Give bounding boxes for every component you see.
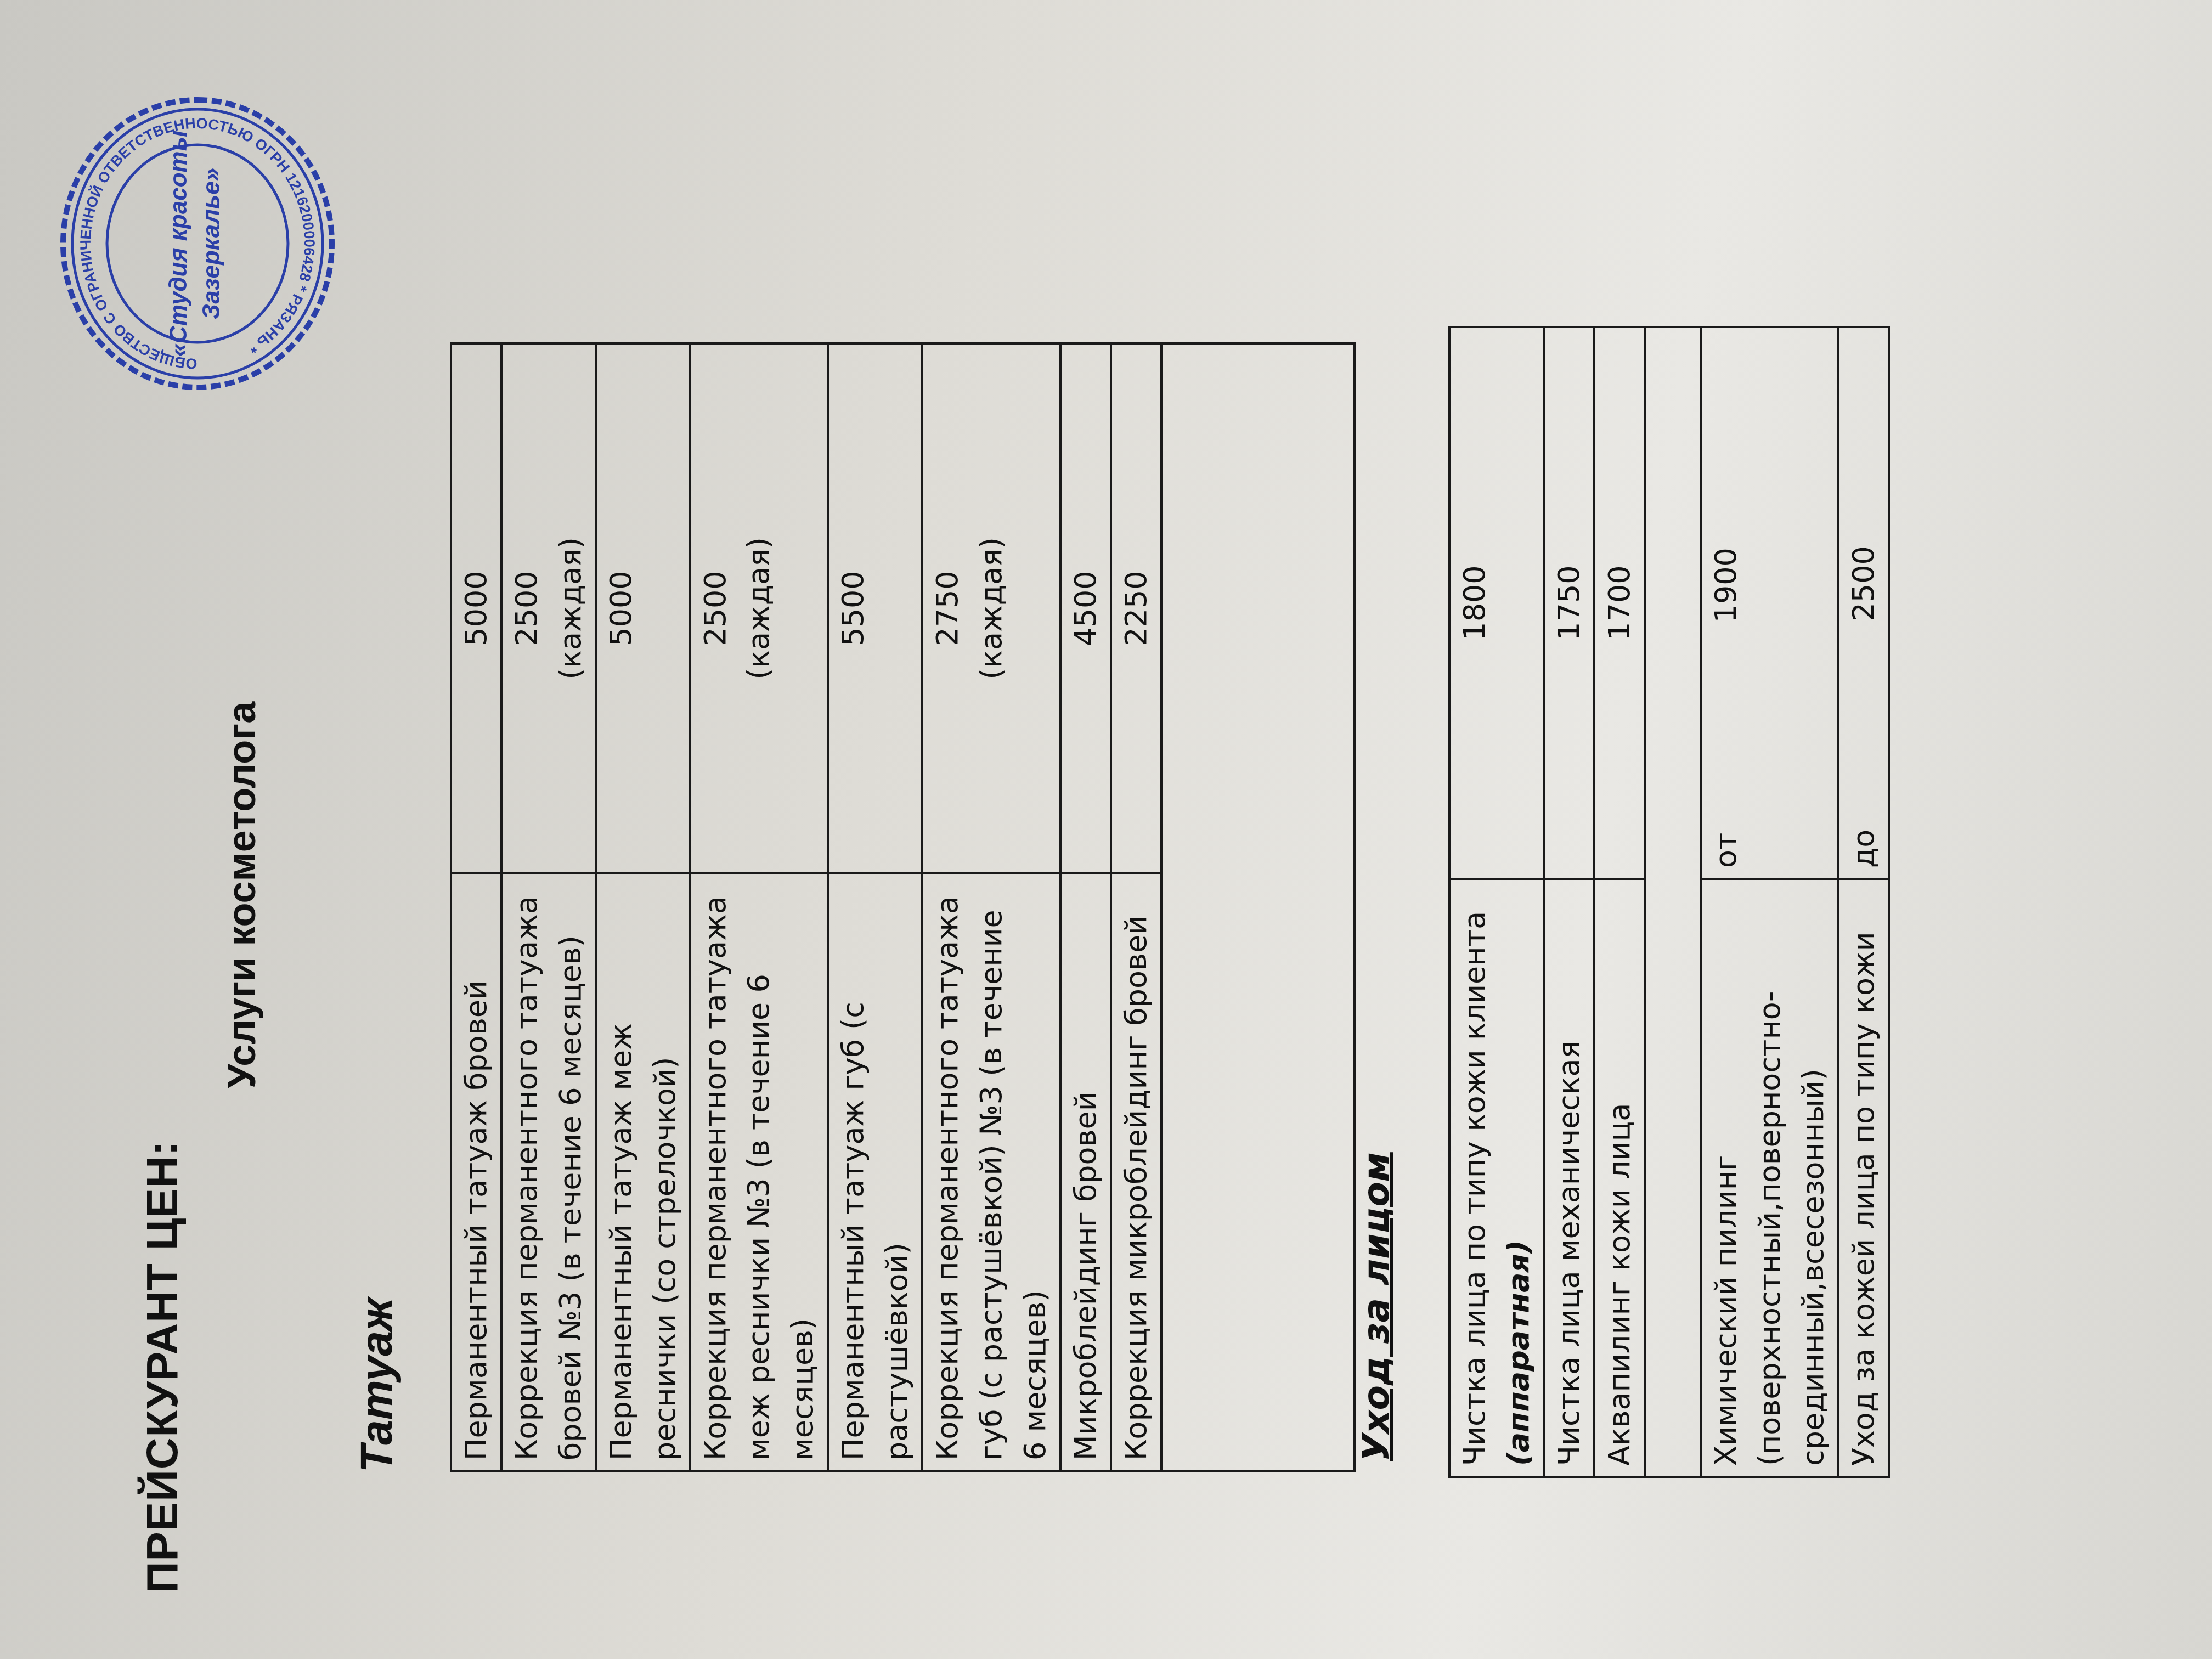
company-stamp: ОБЩЕСТВО С ОГРАНИЧЕННОЙ ОТВЕТСТВЕННОСТЬЮ… (55, 90, 340, 397)
service-name: Перманентный татуаж губ (с растушёвкой) (828, 873, 922, 1471)
price-list-document: ПРЕЙСКУРАНТ ЦЕН: Услуги косметолога ОБЩЕ… (0, 0, 2212, 1659)
section-heading-tattoo: Татуаж (351, 1298, 403, 1472)
service-name: Коррекция микроблейдинг бровей (1111, 873, 1161, 1471)
service-price: 5000 (596, 343, 690, 873)
table-row: Микроблейдинг бровей 4500 (1060, 343, 1111, 1471)
svg-text:Зазеркалье»: Зазеркалье» (198, 168, 225, 319)
svg-text:«Студия красоты: «Студия красоты (165, 131, 192, 357)
service-price: 2750(каждая) (922, 343, 1060, 873)
face-care-price-table: Чистка лица по типу кожи клиента (аппара… (1448, 326, 1890, 1478)
service-name: Коррекция перманентного татуажа губ (с р… (922, 873, 1060, 1471)
service-price: 5000 (451, 343, 501, 873)
tattoo-price-table: Перманентный татуаж бровей 5000 Коррекци… (450, 342, 1356, 1472)
service-price: 5500 (828, 343, 922, 873)
service-name-emphasis: (аппаратная) (1501, 1240, 1536, 1466)
table-row-empty (1161, 343, 1355, 1471)
service-name: Чистка лица по типу кожи клиента (аппара… (1449, 879, 1544, 1477)
price-prefix: до (1842, 830, 1886, 868)
service-name: Чистка лица механическая (1544, 879, 1594, 1477)
table-row: Коррекция перманентного татуажа меж ресн… (690, 343, 828, 1471)
service-name: Аквапилинг кожи лица (1594, 879, 1645, 1477)
table-row: Аквапилинг кожи лица 1700 (1594, 327, 1645, 1477)
price-note: (каждая) (549, 354, 592, 862)
table-row: Перманентный татуаж губ (с растушёвкой) … (828, 343, 922, 1471)
price-prefix: от (1704, 833, 1748, 868)
table-row-empty (1645, 327, 1701, 1477)
service-name: Коррекция перманентного татуажа меж ресн… (690, 873, 828, 1471)
document-subtitle: Услуги косметолога (219, 702, 264, 1088)
service-price: 2250 (1111, 343, 1161, 873)
service-price: 1750 (1544, 327, 1594, 879)
service-name: Перманентный татуаж бровей (451, 873, 501, 1471)
table-row: Перманентный татуаж бровей 5000 (451, 343, 501, 1471)
section-heading-face-care: Уход за лицом (1355, 1152, 1397, 1462)
service-price: 1700 (1594, 327, 1645, 879)
service-name: Микроблейдинг бровей (1060, 873, 1111, 1471)
table-row: Чистка лица по типу кожи клиента (аппара… (1449, 327, 1544, 1477)
table-row: Химический пилинг (поверхностный,поверно… (1701, 327, 1839, 1477)
table-row: Коррекция перманентного татуажа губ (с р… (922, 343, 1060, 1471)
document-title: ПРЕЙСКУРАНТ ЦЕН: (137, 1141, 188, 1593)
table-row: Перманентный татуаж меж реснички (со стр… (596, 343, 690, 1471)
service-price: 1800 (1449, 327, 1544, 879)
service-name: Уход за кожей лица по типу кожи (1838, 879, 1889, 1477)
table-row: Чистка лица механическая 1750 (1544, 327, 1594, 1477)
svg-text:ОБЩЕСТВО С ОГРАНИЧЕННОЙ ОТВЕТС: ОБЩЕСТВО С ОГРАНИЧЕННОЙ ОТВЕТСТВЕННОСТЬЮ… (77, 115, 318, 373)
service-price: до 2500 (1838, 327, 1889, 879)
service-price: 4500 (1060, 343, 1111, 873)
price-note: (каждая) (969, 354, 1013, 862)
price-note: (каждая) (737, 354, 781, 862)
table-row: Коррекция перманентного татуажа бровей №… (501, 343, 596, 1471)
table-row: Уход за кожей лица по типу кожи до 2500 (1838, 327, 1889, 1477)
table-row: Коррекция микроблейдинг бровей 2250 (1111, 343, 1161, 1471)
empty-cell (1645, 327, 1701, 1477)
service-price: от 1900 (1701, 327, 1839, 879)
service-name: Коррекция перманентного татуажа бровей №… (501, 873, 596, 1471)
service-name: Перманентный татуаж меж реснички (со стр… (596, 873, 690, 1471)
service-name: Химический пилинг (поверхностный,поверно… (1701, 879, 1839, 1477)
service-price: 2500(каждая) (690, 343, 828, 873)
empty-cell (1161, 343, 1355, 1471)
service-price: 2500(каждая) (501, 343, 596, 873)
stamp-icon: ОБЩЕСТВО С ОГРАНИЧЕННОЙ ОТВЕТСТВЕННОСТЬЮ… (55, 90, 340, 397)
